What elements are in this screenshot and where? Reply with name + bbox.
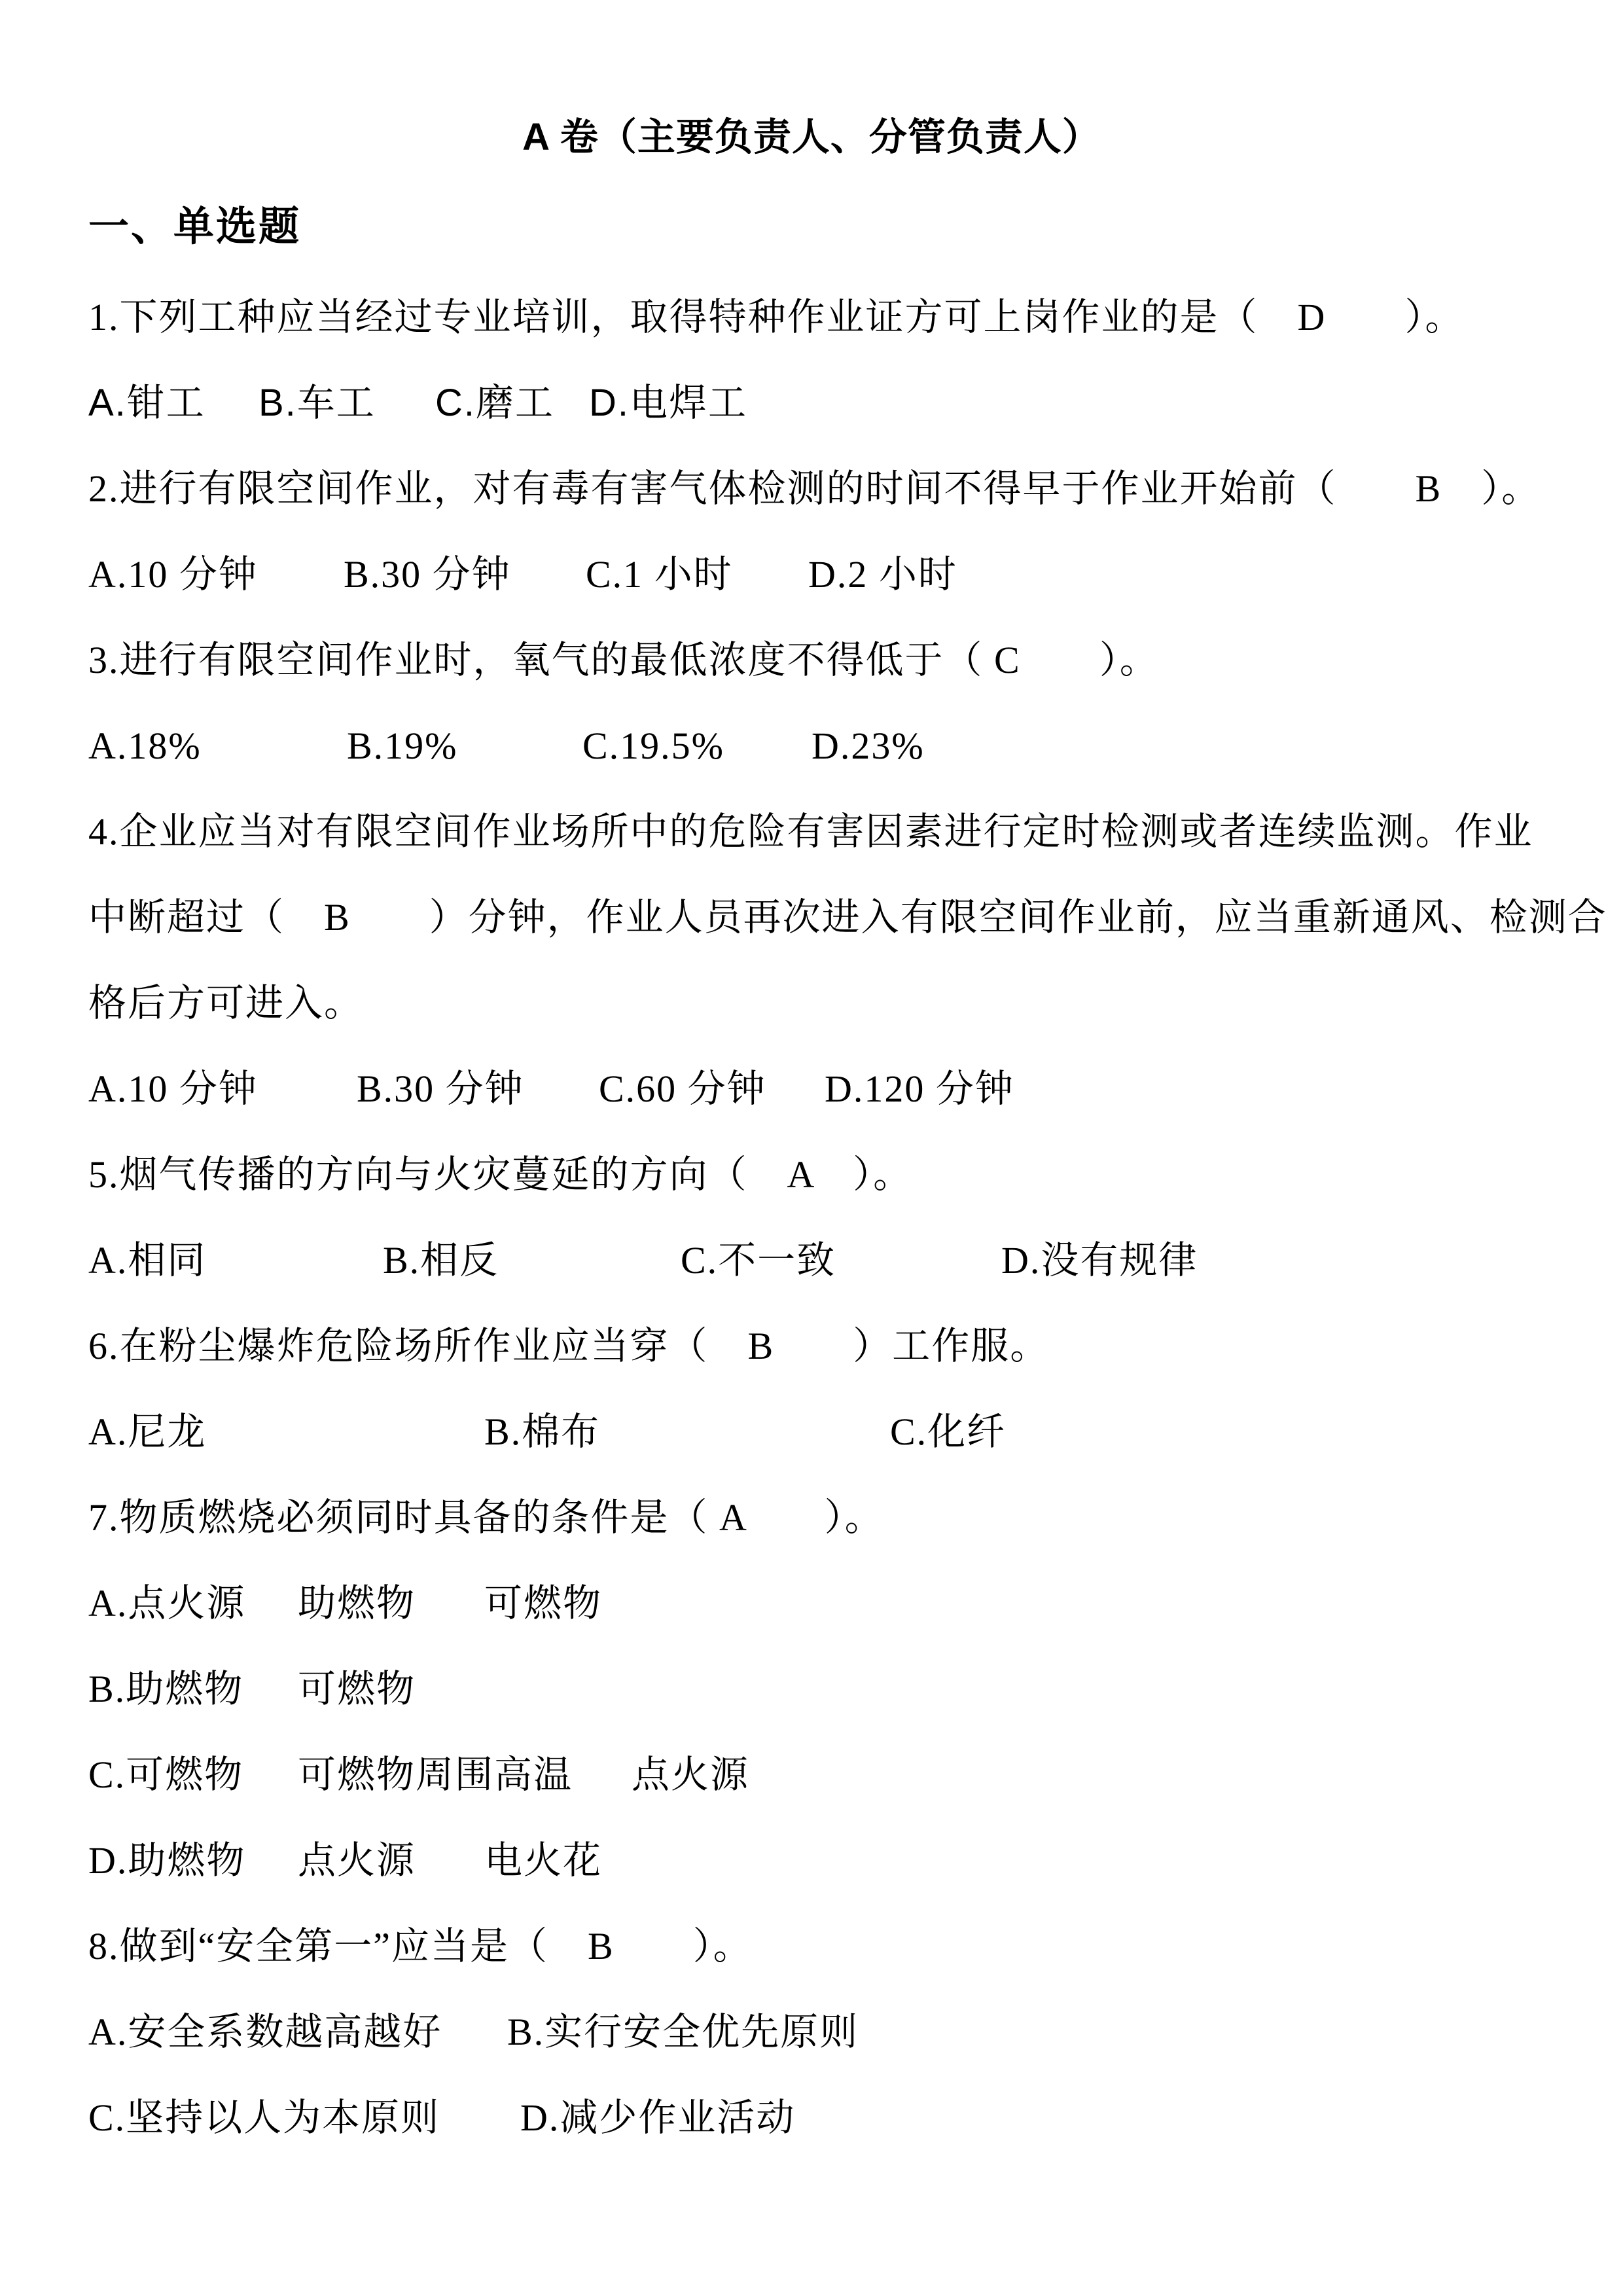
question-7-option-d-row: D.助燃物点火源电火花 <box>0 1818 1623 1903</box>
question-8-text: 8.做到“安全第一”应当是（ B ）。 <box>0 1903 1623 1989</box>
question-3-option-a: A.18% <box>88 703 347 789</box>
question-5-option-c: C.不一致 <box>681 1217 1001 1303</box>
question-2-options: A.10 分钟B.30 分钟C.1 小时D.2 小时 <box>0 531 1623 617</box>
question-6-options: A.尼龙B.棉布C.化纤 <box>0 1389 1623 1475</box>
question-1-option-d: D.电焊工 <box>589 360 747 446</box>
question-5-text: 5.烟气传播的方向与火灾蔓延的方向（ A ）。 <box>0 1132 1623 1217</box>
question-2-text: 2.进行有限空间作业，对有毒有害气体检测的时间不得早于作业开始前（ B ）。 <box>0 446 1623 531</box>
question-3-option-c: C.19.5% <box>582 703 811 789</box>
question-2-option-c: C.1 小时 <box>586 531 808 617</box>
section-heading: 一、单选题 <box>0 184 1623 270</box>
question-1-options: A.钳工B.车工C.磨工D.电焊工 <box>0 360 1623 446</box>
question-1-option-a: A.钳工 <box>88 360 259 446</box>
question-7-option-c-row: C.可燃物可燃物周围高温点火源 <box>0 1732 1623 1818</box>
question-5-option-b: B.相反 <box>383 1217 681 1303</box>
question-7-option-a-row: A.点火源助燃物可燃物 <box>0 1560 1623 1646</box>
question-7-option-d-item-3: 电火花 <box>484 1818 602 1903</box>
question-3-option-b: B.19% <box>347 703 582 789</box>
question-8-option-a: A.安全系数越高越好 <box>88 1989 507 2075</box>
question-3-option-d: D.23% <box>811 703 925 789</box>
question-5-option-d: D.没有规律 <box>1001 1217 1198 1303</box>
question-7-option-d-label: D.助燃物 <box>88 1818 298 1903</box>
question-8-options-row-2: C.坚持以人为本原则D.减少作业活动 <box>0 2075 1623 2161</box>
question-2-option-b: B.30 分钟 <box>344 531 586 617</box>
question-7-option-c-item-2: 可燃物周围高温 <box>298 1732 632 1818</box>
question-4-text-line-1: 4.企业应当对有限空间作业场所中的危险有害因素进行定时检测或者连续监测。作业 <box>0 789 1623 874</box>
question-6-text: 6.在粉尘爆炸危险场所作业应当穿（ B ）工作服。 <box>0 1303 1623 1389</box>
question-6-option-a: A.尼龙 <box>88 1389 484 1475</box>
question-4-option-b: B.30 分钟 <box>357 1046 599 1132</box>
question-1-option-b: B.车工 <box>259 360 435 446</box>
question-7-option-a-item-3: 可燃物 <box>484 1560 602 1646</box>
question-4-text-line-2: 中断超过（ B ）分钟，作业人员再次进入有限空间作业前，应当重新通风、检测合 <box>0 874 1623 960</box>
question-1-text: 1.下列工种应当经过专业培训，取得特种作业证方可上岗作业的是（ D ）。 <box>0 274 1623 360</box>
question-4-option-a: A.10 分钟 <box>88 1046 357 1132</box>
question-6-option-b: B.棉布 <box>484 1389 890 1475</box>
question-7-option-d-item-2: 点火源 <box>298 1818 484 1903</box>
question-4-options: A.10 分钟B.30 分钟C.60 分钟D.120 分钟 <box>0 1046 1623 1132</box>
exam-document-page: A 卷（主要负责人、分管负责人） 一、单选题 1.下列工种应当经过专业培训，取得… <box>0 0 1623 2296</box>
page-title: A 卷（主要负责人、分管负责人） <box>0 94 1623 180</box>
question-3-options: A.18%B.19%C.19.5%D.23% <box>0 703 1623 789</box>
question-6-option-c: C.化纤 <box>890 1389 1006 1475</box>
question-4-option-c: C.60 分钟 <box>599 1046 825 1132</box>
question-5-option-a: A.相同 <box>88 1217 383 1303</box>
question-8-option-b: B.实行安全优先原则 <box>507 1989 859 2075</box>
question-7-option-b-item-2: 可燃物 <box>298 1646 416 1732</box>
question-7-option-b-row: B.助燃物可燃物 <box>0 1646 1623 1732</box>
question-7-text: 7.物质燃烧必须同时具备的条件是（ A ）。 <box>0 1475 1623 1560</box>
question-7-option-c-label: C.可燃物 <box>88 1732 298 1818</box>
question-4-option-d: D.120 分钟 <box>825 1046 1014 1132</box>
question-7-option-c-item-3: 点火源 <box>632 1732 749 1818</box>
question-8-option-c: C.坚持以人为本原则 <box>88 2075 520 2161</box>
question-7-option-b-label: B.助燃物 <box>88 1646 298 1732</box>
question-5-options: A.相同B.相反C.不一致D.没有规律 <box>0 1217 1623 1303</box>
question-2-option-a: A.10 分钟 <box>88 531 344 617</box>
question-7-option-a-item-2: 助燃物 <box>298 1560 484 1646</box>
question-7-option-a-label: A.点火源 <box>88 1560 298 1646</box>
question-4-text-line-3: 格后方可进入。 <box>0 960 1623 1046</box>
question-8-option-d: D.减少作业活动 <box>520 2075 795 2161</box>
question-2-option-d: D.2 小时 <box>808 531 957 617</box>
question-3-text: 3.进行有限空间作业时，氧气的最低浓度不得低于（ C ）。 <box>0 617 1623 703</box>
question-8-options-row-1: A.安全系数越高越好B.实行安全优先原则 <box>0 1989 1623 2075</box>
question-1-option-c: C.磨工 <box>435 360 589 446</box>
